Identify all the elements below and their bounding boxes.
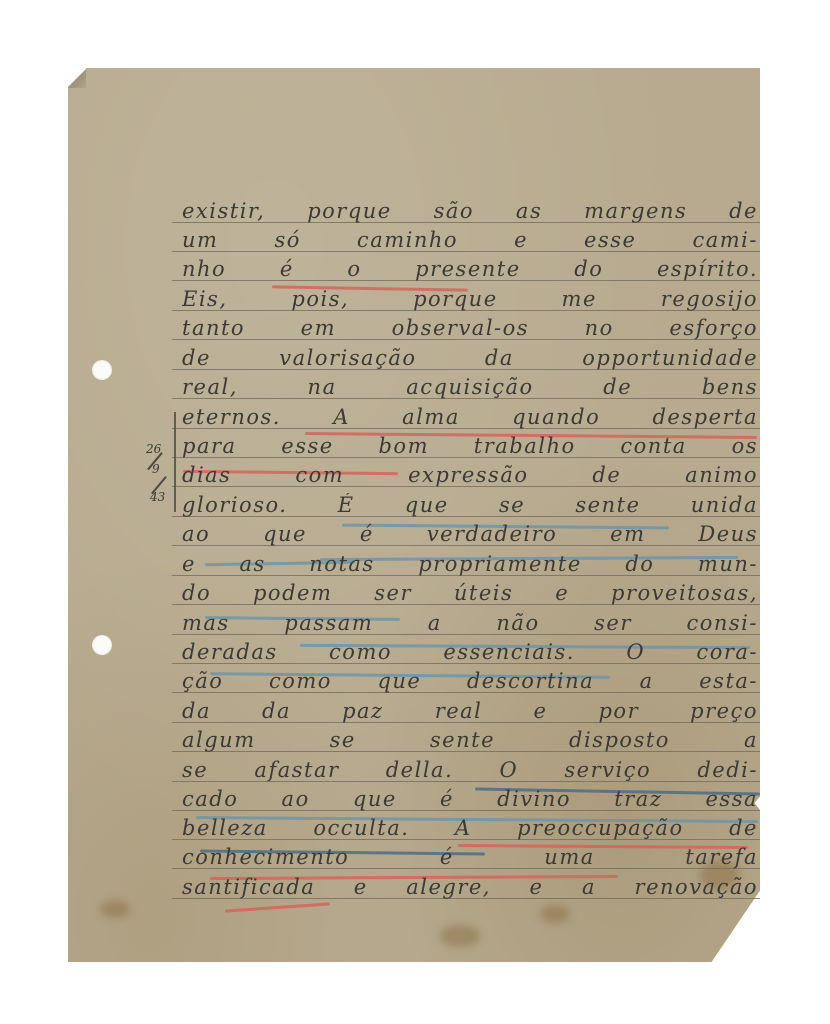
manuscript-line: algum se sente disposto a	[182, 728, 758, 752]
margin-date-month: 9	[152, 462, 160, 476]
manuscript-line: de valorisação da opportunidade	[182, 346, 758, 370]
manuscript-line: existir, porque são as margens de	[182, 199, 758, 223]
manuscript-line: se afastar della. O serviço dedi-	[182, 758, 758, 782]
manuscript-line: para esse bom trabalho conta os	[182, 434, 758, 458]
manuscript-line: da da paz real e por preço	[182, 699, 758, 723]
manuscript-line: um só caminho e esse cami-	[182, 228, 758, 252]
stain	[540, 905, 570, 923]
manuscript-line: belleza occulta. A preoccupação de	[182, 816, 758, 840]
manuscript-line: dias com expressão de animo	[182, 463, 758, 487]
manuscript-line: do podem ser úteis e proveitosas,	[182, 581, 758, 605]
punch-hole-bottom	[92, 635, 112, 655]
manuscript-line: tanto em observal-os no esforço	[182, 316, 758, 340]
punch-hole-top	[92, 360, 112, 380]
stain	[100, 900, 130, 918]
folded-corner	[68, 68, 86, 88]
manuscript-line: nho é o presente do espírito.	[182, 257, 758, 281]
manuscript-line: ao que é verdadeiro em Deus	[182, 522, 758, 546]
manuscript-line: deradas como essenciais. O cora-	[182, 640, 758, 664]
manuscript-line: santificada e alegre, e a renovação	[182, 875, 758, 899]
manuscript-line: real, na acquisição de bens	[182, 375, 758, 399]
manuscript-line: conhecimento é uma tarefa	[182, 845, 758, 869]
margin-date-year: 43	[150, 490, 165, 504]
manuscript-line: ção como que descortina a esta-	[182, 669, 758, 693]
manuscript-line: glorioso. É que se sente unida	[182, 493, 758, 517]
manuscript-line: e as notas propriamente do mun-	[182, 552, 758, 576]
manuscript-line: mas passam a não ser consi-	[182, 611, 758, 635]
margin-date: 26 9 43	[140, 440, 176, 510]
stain	[440, 925, 480, 947]
manuscript-line: eternos. A alma quando desperta	[182, 405, 758, 429]
manuscript-line: cado ao que é divino traz essa	[182, 787, 758, 811]
manuscript-line: Eis, pois, porque me regosijo	[182, 287, 758, 311]
